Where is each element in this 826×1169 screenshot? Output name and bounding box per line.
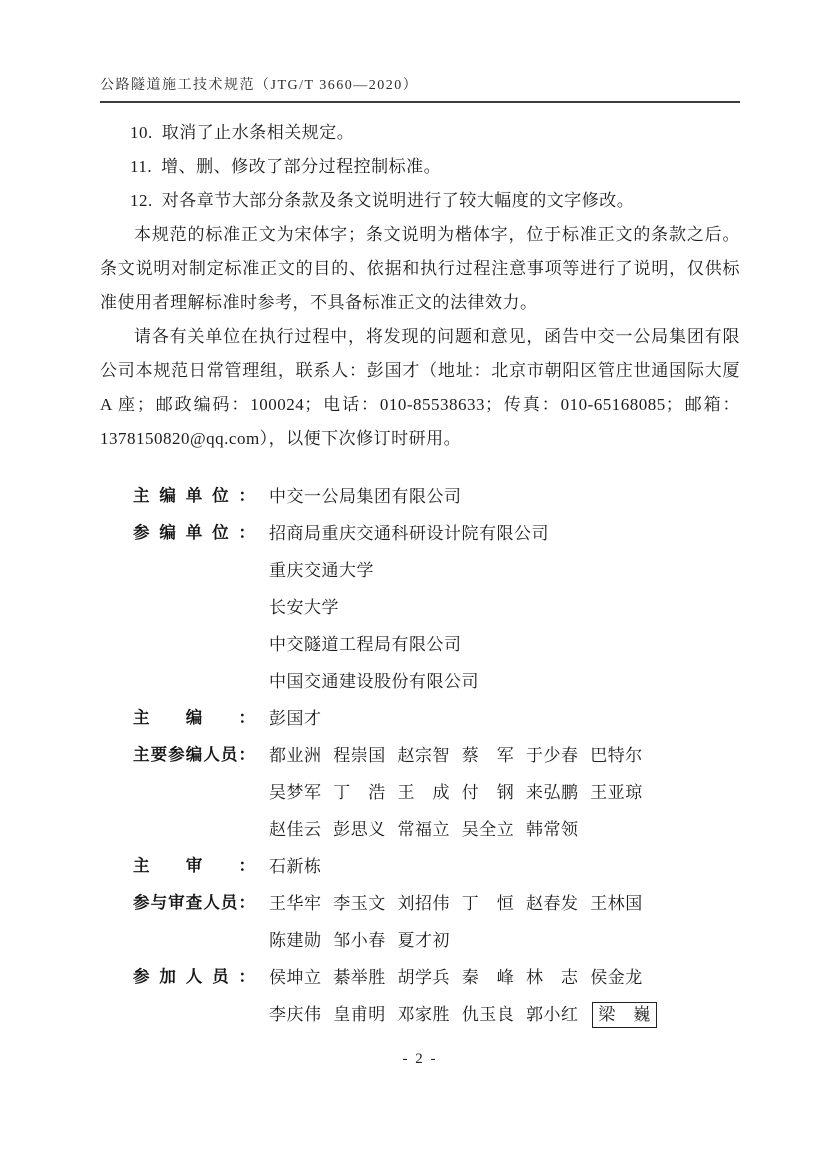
- credits-block: 主编单位： 中交一公局集团有限公司 参编单位： 招商局重庆交通科研设计院有限公司…: [133, 478, 740, 1033]
- credit-value-line: 李庆伟 皇甫明 邓家胜 仇玉良 郭小红 梁 巍: [269, 996, 740, 1033]
- credit-value-line: 吴梦军 丁 浩 王 成 付 钢 来弘鹏 王亚琼: [269, 774, 740, 811]
- credit-values: 侯坤立 綦举胜 胡学兵 秦 峰 林 志 侯金龙 李庆伟 皇甫明 邓家胜 仇玉良 …: [255, 959, 740, 1033]
- revision-text: 取消了止水条相关规定。: [162, 123, 355, 142]
- running-header: 公路隧道施工技术规范（JTG/T 3660—2020）: [100, 74, 740, 103]
- credit-values: 招商局重庆交通科研设计院有限公司 重庆交通大学 长安大学 中交隧道工程局有限公司…: [255, 515, 740, 700]
- revision-text: 对各章节大部分条款及条文说明进行了较大幅度的文字修改。: [162, 191, 635, 210]
- credit-value-line: 都业洲 程崇国 赵宗智 蔡 军 于少春 巴特尔: [269, 737, 740, 774]
- credit-row-participants: 参加人员： 侯坤立 綦举胜 胡学兵 秦 峰 林 志 侯金龙 李庆伟 皇甫明 邓家…: [133, 959, 740, 1033]
- page-content: 10.取消了止水条相关规定。 11.增、删、修改了部分过程控制标准。 12.对各…: [100, 116, 740, 1033]
- deceased-name-box: 梁 巍: [592, 1002, 657, 1028]
- revision-text: 增、删、修改了部分过程控制标准。: [161, 157, 441, 176]
- credit-value-line: 王华牢 李玉文 刘招伟 丁 恒 赵春发 王林国: [269, 885, 740, 922]
- document-page: 公路隧道施工技术规范（JTG/T 3660—2020） 10.取消了止水条相关规…: [0, 0, 826, 1169]
- credit-label: 主编单位：: [133, 478, 255, 515]
- credit-label: 主要参编人员：: [133, 737, 255, 774]
- credit-label: 主审：: [133, 848, 255, 885]
- credit-row-chief-reviewer: 主审： 石新栋: [133, 848, 740, 885]
- credit-value-text: 李庆伟 皇甫明 邓家胜 仇玉良 郭小红: [269, 1005, 579, 1024]
- credit-row-chief-editor: 主编： 彭国才: [133, 700, 740, 737]
- page-number: - 2 -: [100, 1051, 740, 1068]
- credit-value-line: 石新栋: [269, 848, 740, 885]
- credit-values: 彭国才: [255, 700, 740, 737]
- credit-value-line: 彭国才: [269, 700, 740, 737]
- credit-row-main-contributors: 主要参编人员： 都业洲 程崇国 赵宗智 蔡 军 于少春 巴特尔 吴梦军 丁 浩 …: [133, 737, 740, 848]
- credit-value-line: 赵佳云 彭思义 常福立 吴全立 韩常领: [269, 811, 740, 848]
- revision-item: 11.增、删、修改了部分过程控制标准。: [100, 150, 740, 184]
- credit-values: 中交一公局集团有限公司: [255, 478, 740, 515]
- credit-values: 都业洲 程崇国 赵宗智 蔡 军 于少春 巴特尔 吴梦军 丁 浩 王 成 付 钢 …: [255, 737, 740, 848]
- credit-row-review-participants: 参与审查人员： 王华牢 李玉文 刘招伟 丁 恒 赵春发 王林国 陈建勋 邹小春 …: [133, 885, 740, 959]
- credit-label: 参加人员：: [133, 959, 255, 996]
- credit-value-line: 中交隧道工程局有限公司: [269, 626, 740, 663]
- credit-values: 王华牢 李玉文 刘招伟 丁 恒 赵春发 王林国 陈建勋 邹小春 夏才初: [255, 885, 740, 959]
- revision-item: 12.对各章节大部分条款及条文说明进行了较大幅度的文字修改。: [100, 184, 740, 218]
- credit-label: 主编：: [133, 700, 255, 737]
- revision-number: 10.: [130, 123, 153, 142]
- credit-value-line: 中国交通建设股份有限公司: [269, 663, 740, 700]
- credit-row-chief-editing-unit: 主编单位： 中交一公局集团有限公司: [133, 478, 740, 515]
- credit-value-line: 招商局重庆交通科研设计院有限公司: [269, 515, 740, 552]
- credit-value-line: 重庆交通大学: [269, 552, 740, 589]
- body-paragraph: 本规范的标准正文为宋体字；条文说明为楷体字，位于标准正文的条款之后。条文说明对制…: [100, 218, 740, 320]
- revision-number: 12.: [130, 191, 153, 210]
- revision-number: 11.: [130, 157, 152, 176]
- body-paragraph: 请各有关单位在执行过程中，将发现的问题和意见，函告中交一公局集团有限公司本规范日…: [100, 320, 740, 456]
- credit-value-line: 侯坤立 綦举胜 胡学兵 秦 峰 林 志 侯金龙: [269, 959, 740, 996]
- credit-values: 石新栋: [255, 848, 740, 885]
- credit-value-line: 中交一公局集团有限公司: [269, 478, 740, 515]
- credit-value-line: 陈建勋 邹小春 夏才初: [269, 922, 740, 959]
- revision-item: 10.取消了止水条相关规定。: [100, 116, 740, 150]
- credit-row-participating-units: 参编单位： 招商局重庆交通科研设计院有限公司 重庆交通大学 长安大学 中交隧道工…: [133, 515, 740, 700]
- credit-value-line: 长安大学: [269, 589, 740, 626]
- credit-label: 参与审查人员：: [133, 885, 255, 922]
- credit-label: 参编单位：: [133, 515, 255, 552]
